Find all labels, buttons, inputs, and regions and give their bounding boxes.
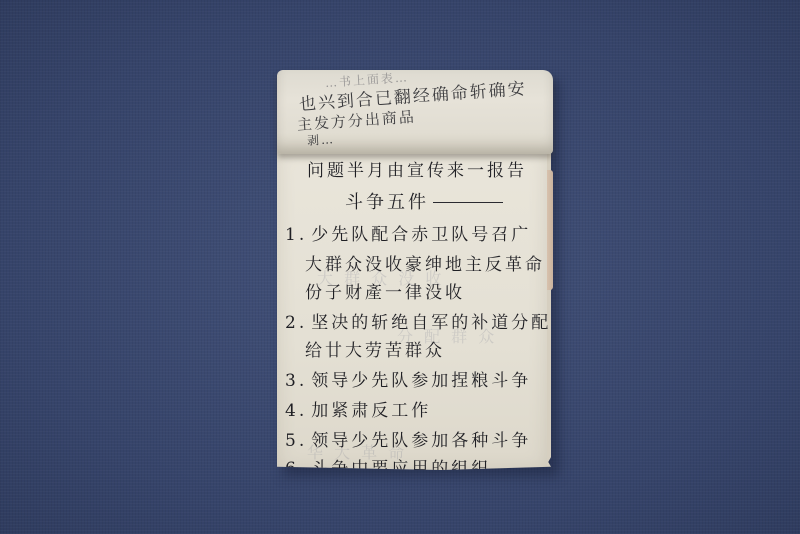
heading-underline: [433, 202, 503, 203]
list-item: 4.加紧肃反工作: [285, 396, 431, 421]
list-item-continuation: 份子财產一律没收: [305, 278, 465, 303]
list-item: 1.少先队配合赤卫队号召广: [285, 220, 531, 245]
page-line-intro: 问题半月由宣传来一报告: [307, 156, 527, 181]
list-item: 3.领导少先队参加捏粮斗争: [285, 366, 531, 391]
notebook: 大 群 众 没 收 分 配 群 众 华 大 革 命 问题半月由宣传来一报告 斗争…: [277, 70, 553, 470]
list-item: 5.领导少先队参加各种斗争: [285, 426, 531, 451]
list-item: 2.坚决的斩绝自军的补道分配: [285, 308, 551, 333]
heading-text: 斗争五件: [345, 192, 429, 213]
curled-page-top: …书上面表… 也兴到合已翻经确命斩确安 主发方分出商品 剥…: [277, 70, 553, 154]
page-stack-edge: [547, 170, 553, 290]
list-item-continuation: 大群众没收豪绅地主反革命: [305, 250, 545, 275]
curled-line: 剥…: [306, 130, 335, 149]
list-item-continuation: 给廿大劳苦群众: [305, 336, 445, 361]
notebook-page: 大 群 众 没 收 分 配 群 众 华 大 革 命 问题半月由宣传来一报告 斗争…: [277, 148, 551, 470]
page-heading: 斗争五件: [345, 188, 503, 214]
